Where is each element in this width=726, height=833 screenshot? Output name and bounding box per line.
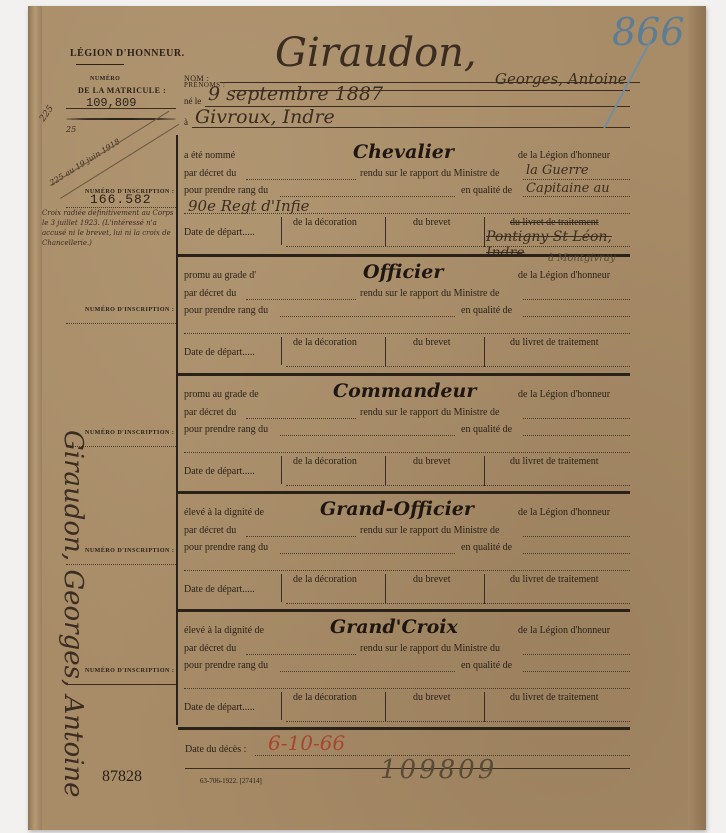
deces-label: Date du décès : (185, 744, 246, 755)
decret-line (246, 179, 356, 180)
decret-label: par décret du (184, 643, 236, 654)
rapport-label: rendu sur le rapport du Ministre de (360, 288, 499, 299)
rang-label: pour prendre rang du (184, 542, 268, 553)
col-brevet: du brevet (413, 217, 451, 228)
section-commandeur: promu au grade de Commandeur de la Légio… (178, 376, 630, 493)
col-decoration: de la décoration (293, 456, 357, 467)
ministre-value: la Guerre (526, 163, 589, 178)
column-separator (484, 217, 485, 247)
ministre-line (523, 299, 630, 300)
depart-line (286, 485, 630, 486)
brace (281, 217, 282, 245)
rapport-label: rendu sur le rapport du Ministre de (360, 407, 499, 418)
col-decoration: de la décoration (293, 337, 357, 348)
decret-line (246, 418, 356, 419)
col-brevet: du brevet (413, 337, 451, 348)
col-brevet: du brevet (413, 456, 451, 467)
section-grand-officier: élevé à la dignité de Grand-Officier de … (178, 494, 630, 611)
column-separator (385, 456, 386, 486)
line1-prefix: élevé à la dignité de (184, 507, 264, 518)
vertical-name: Giraudon, Georges, Antoine (58, 430, 88, 798)
col-livret: du livret de traitement (510, 337, 599, 348)
col-decoration: de la décoration (293, 574, 357, 585)
column-separator (385, 574, 386, 604)
qualite-value: Capitaine au (526, 181, 610, 196)
qualite-label: en qualité de (461, 305, 512, 316)
rank-title: Grand-Officier (320, 498, 474, 520)
column-separator (484, 337, 485, 367)
col-livret: du livret de traitement (510, 574, 599, 585)
qualite-line (523, 316, 630, 317)
col-brevet: du brevet (413, 574, 451, 585)
decret-label: par décret du (184, 407, 236, 418)
line1-prefix: a été nommé (184, 150, 235, 161)
depart-line (286, 366, 630, 367)
col-livret: du livret de traitement (510, 456, 599, 467)
column-separator (385, 692, 386, 722)
extra-line (184, 570, 630, 571)
inscription-label: NUMÉRO D'INSCRIPTION : (85, 548, 174, 554)
depart-label: Date de départ..... (184, 347, 255, 358)
nom-value: Giraudon, (275, 30, 477, 76)
brace (281, 337, 282, 365)
extra-line (184, 688, 630, 689)
decret-line (246, 536, 356, 537)
line1-suffix: de la Légion d'honneur (518, 270, 610, 281)
matricule-label-2: DE LA MATRICULE : (78, 86, 166, 95)
column-separator (385, 337, 386, 367)
prenoms-value: Georges, Antoine (495, 70, 627, 88)
rang-line (280, 435, 455, 436)
depart-label: Date de départ..... (184, 702, 255, 713)
matricule-label-1: NUMÉRO (90, 76, 120, 82)
line1-suffix: de la Légion d'honneur (518, 150, 610, 161)
col-livret: du livret de traitement (510, 217, 599, 228)
inscription-label: NUMÉRO D'INSCRIPTION : (85, 430, 174, 436)
ministre-line (523, 536, 630, 537)
depart-label: Date de départ..... (184, 227, 255, 238)
extra-line (184, 452, 630, 453)
qualite-line (523, 196, 630, 197)
ministre-line (523, 179, 630, 180)
brace (281, 456, 282, 484)
line1-suffix: de la Légion d'honneur (518, 389, 610, 400)
page-fold (28, 6, 42, 830)
ministre-line (523, 654, 630, 655)
rank-title: Commandeur (333, 380, 476, 402)
ne-le-label: né le (184, 96, 201, 106)
depart-label: Date de départ..... (184, 584, 255, 595)
brace (281, 692, 282, 720)
rang-line (280, 316, 455, 317)
pencil-number: 109809 (380, 755, 497, 785)
rang-label: pour prendre rang du (184, 660, 268, 671)
rank-title: Chevalier (353, 141, 454, 163)
line1-suffix: de la Légion d'honneur (518, 625, 610, 636)
column-separator (484, 574, 485, 604)
inscription-note: Croix radiée définitivement au Corps le … (42, 208, 177, 248)
rank-title: Grand'Croix (330, 616, 458, 638)
qualite-label: en qualité de (461, 660, 512, 671)
line1-prefix: élevé à la dignité de (184, 625, 264, 636)
column-separator (484, 692, 485, 722)
depart-label: Date de départ..... (184, 466, 255, 477)
brace (281, 574, 282, 602)
matricule-underline (66, 108, 176, 109)
rang-label: pour prendre rang du (184, 185, 268, 196)
decret-label: par décret du (184, 288, 236, 299)
rang-label: pour prendre rang du (184, 424, 268, 435)
section-divider (178, 727, 630, 730)
qualite-label: en qualité de (461, 424, 512, 435)
ministre-line (523, 418, 630, 419)
qualite-line (523, 553, 630, 554)
inscription-value: 166.582 (90, 192, 152, 207)
line1-prefix: promu au grade de (184, 389, 259, 400)
qualite-line (523, 435, 630, 436)
col-brevet: du brevet (413, 692, 451, 703)
depart-line (286, 246, 630, 247)
qualite-label: en qualité de (461, 185, 512, 196)
a-label: à (184, 117, 188, 127)
print-code: 63-706-1922. [27414] (200, 777, 262, 785)
deces-value: 6-10-66 (268, 731, 345, 755)
page-edge (688, 6, 706, 830)
rapport-label: rendu sur le rapport du Ministre de (360, 168, 499, 179)
bottom-number: 87828 (102, 768, 142, 786)
rank-title: Officier (363, 261, 443, 283)
corner-annotation: 866 (612, 10, 685, 54)
col-decoration: de la décoration (293, 692, 357, 703)
rapport-label: rendu sur le rapport du Ministre du (360, 643, 500, 654)
qualite-label: en qualité de (461, 542, 512, 553)
col-livret: du livret de traitement (510, 692, 599, 703)
divider (76, 64, 124, 65)
inscription-label: NUMÉRO D'INSCRIPTION : (85, 307, 174, 313)
qualite-line (523, 671, 630, 672)
rang-line (280, 553, 455, 554)
ne-le-value: 9 septembre 1887 (208, 83, 383, 105)
rang-label: pour prendre rang du (184, 305, 268, 316)
inscription-label: NUMÉRO D'INSCRIPTION : (85, 668, 174, 674)
column-separator (484, 456, 485, 486)
section-chevalier: a été nommé Chevalier de la Légion d'hon… (178, 137, 630, 254)
section-officier: promu au grade d' Officier de la Légion … (178, 257, 630, 374)
depart-line (286, 721, 630, 722)
ornament-rule (66, 118, 176, 120)
extra-line (184, 213, 630, 214)
rang-line (280, 671, 455, 672)
inscription-line (66, 323, 176, 324)
line1-suffix: de la Légion d'honneur (518, 507, 610, 518)
column-separator (385, 217, 386, 247)
col-decoration: de la décoration (293, 217, 357, 228)
rapport-label: rendu sur le rapport du Ministre de (360, 525, 499, 536)
decret-line (246, 654, 356, 655)
decret-label: par décret du (184, 168, 236, 179)
decret-line (246, 299, 356, 300)
line1-prefix: promu au grade d' (184, 270, 256, 281)
legion-title: LÉGION D'HONNEUR. (70, 48, 185, 59)
depart-line (286, 603, 630, 604)
section-grand-croix: élevé à la dignité de Grand'Croix de la … (178, 612, 630, 729)
margin-note: 25 (66, 125, 76, 134)
extra-line (184, 333, 630, 334)
decret-label: par décret du (184, 525, 236, 536)
a-value: Givroux, Indre (195, 106, 335, 128)
